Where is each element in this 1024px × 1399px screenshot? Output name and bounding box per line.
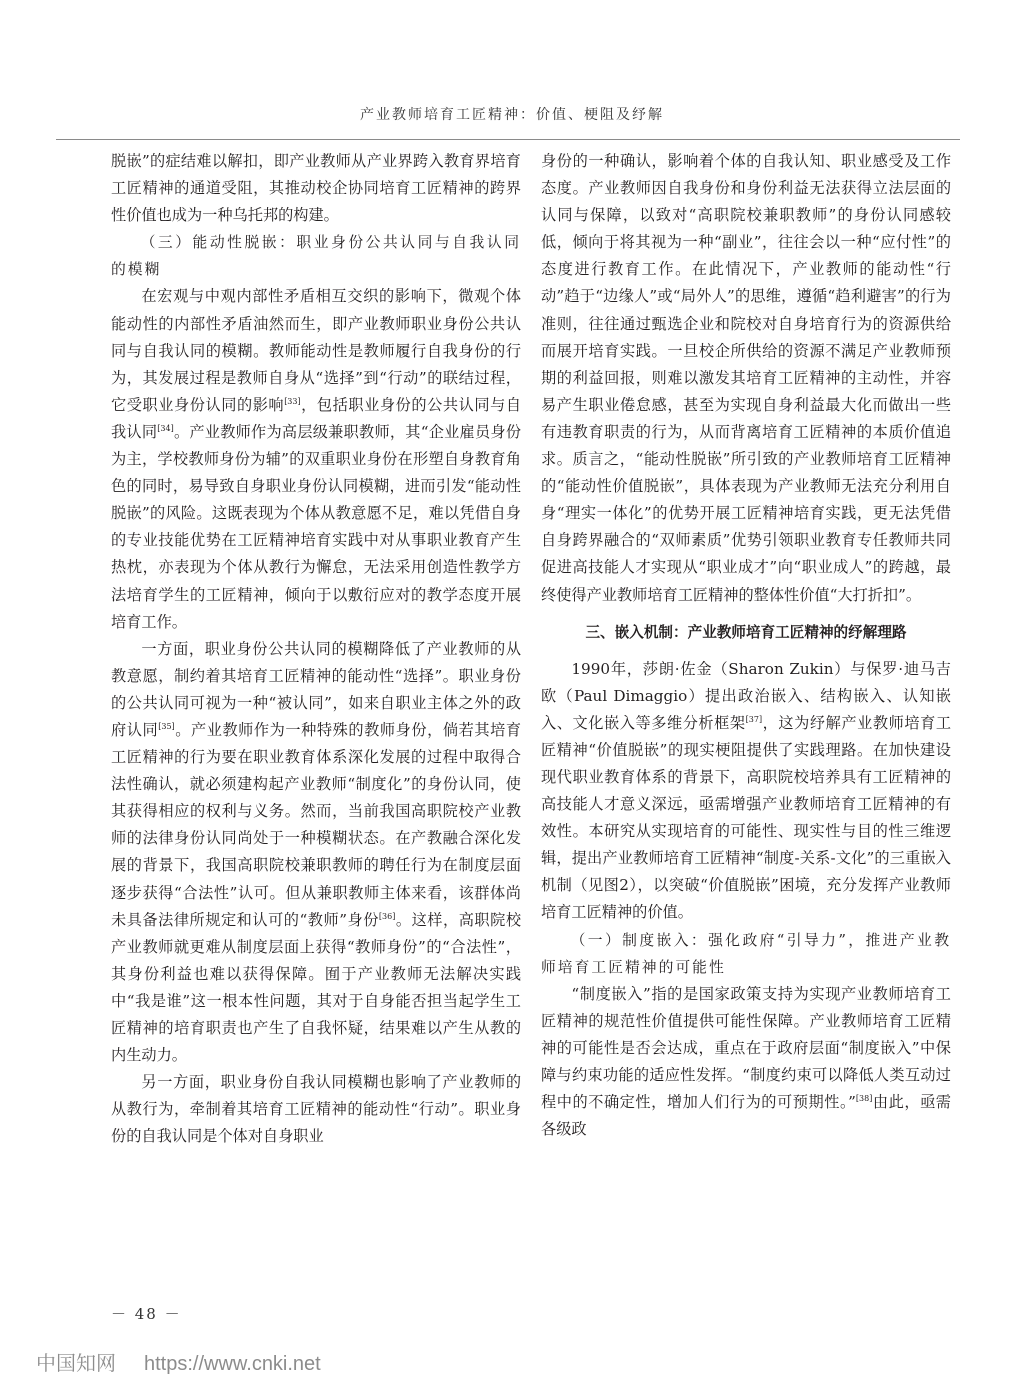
running-title: 产业教师培育工匠精神：价值、梗阻及纾解 [0, 104, 1024, 124]
citation: [36] [379, 912, 395, 921]
paragraph: 脱嵌”的症结难以解扣，即产业教师从产业界跨入教育界培育工匠精神的通道受阻，其推动… [111, 148, 521, 229]
subheading: （一）制度嵌入：强化政府“引导力”，推进产业教师培育工匠精神的可能性 [541, 927, 951, 981]
paragraph: 另一方面，职业身份自我认同模糊也影响了产业教师的从教行为，牵制着其培育工匠精神的… [111, 1069, 521, 1150]
section-heading: 三、嵌入机制：产业教师培育工匠精神的纾解理路 [541, 619, 951, 646]
watermark-url: https://www.cnki.net [144, 1353, 321, 1375]
paragraph: “制度嵌入”指的是国家政策支持为实现产业教师培育工匠精神的规范性价值提供可能性保… [541, 981, 951, 1144]
citation: [37] [746, 715, 762, 724]
citation: [38] [856, 1094, 872, 1103]
paragraph: 1990年，莎朗·佐金（Sharon Zukin）与保罗·迪马吉欧（Paul D… [541, 656, 951, 927]
paragraph: 身份的一种确认，影响着个体的自我认知、职业感受及工作态度。产业教师因自我身份和身… [541, 148, 951, 609]
page-number: － 48 － [111, 1303, 182, 1324]
citation: [33] [284, 397, 300, 406]
watermark-name: 中国知网 [36, 1353, 116, 1375]
citation: [34] [157, 424, 173, 433]
subheading: （三）能动性脱嵌：职业身份公共认同与自我认同的模糊 [111, 229, 521, 283]
left-column: 脱嵌”的症结难以解扣，即产业教师从产业界跨入教育界培育工匠精神的通道受阻，其推动… [111, 148, 521, 1150]
paragraph: 一方面，职业身份公共认同的模糊降低了产业教师的从教意愿，制约着其培育工匠精神的能… [111, 636, 521, 1070]
right-column: 身份的一种确认，影响着个体的自我认知、职业感受及工作态度。产业教师因自我身份和身… [541, 148, 951, 1143]
cnki-watermark: 中国知网https://www.cnki.net [36, 1347, 349, 1376]
header-rule [56, 139, 960, 140]
paragraph: 在宏观与中观内部性矛盾相互交织的影响下，微观个体能动性的内部性矛盾油然而生，即产… [111, 283, 521, 635]
citation: [35] [158, 722, 174, 731]
